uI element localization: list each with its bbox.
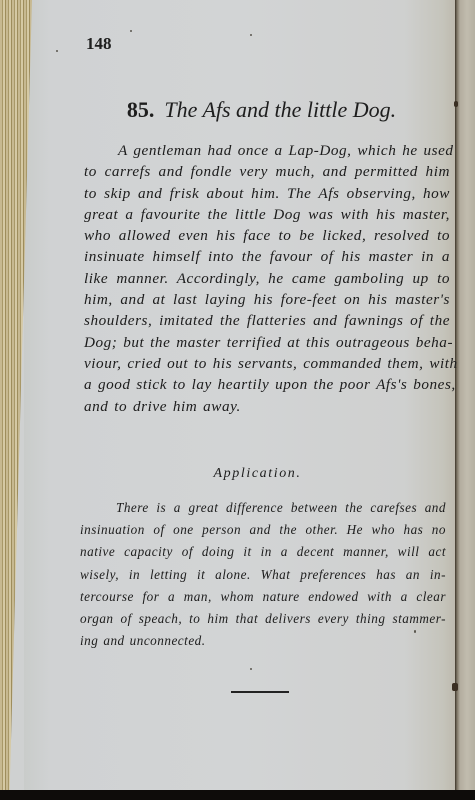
story-line: to carrefs and fondle very much, and per… xyxy=(84,161,450,182)
story-line: Dog; but the master terrified at this ou… xyxy=(84,332,450,353)
fable-number: 85. xyxy=(127,97,155,122)
stain-mark xyxy=(452,683,458,691)
story-line: him, and at last laying his fore-feet on… xyxy=(84,289,450,310)
application-line: ing and unconnected. xyxy=(80,630,446,652)
story-line: great a favourite the little Dog was wit… xyxy=(84,204,450,225)
section-divider-rule xyxy=(231,691,289,693)
story-line: viour, cried out to his servants, comman… xyxy=(84,353,450,374)
application-line: tercourse for a man, whom nature endowed… xyxy=(80,586,446,608)
fable-story: A gentleman had once a Lap-Dog, which he… xyxy=(84,140,450,417)
story-line: shoulders, imitated the flatteries and f… xyxy=(84,310,450,331)
story-line: insinuate himself into the favour of his… xyxy=(84,246,450,267)
story-line: a good stick to lay heartily upon the po… xyxy=(84,374,450,395)
application-line: insinuation of one person and the other.… xyxy=(80,519,446,541)
page-number: 148 xyxy=(86,34,112,54)
story-line: like manner. Accordingly, he came gambol… xyxy=(84,268,450,289)
application-text: There is a great difference between the … xyxy=(80,497,446,652)
application-line: There is a great difference between the … xyxy=(80,497,446,519)
fable-title: 85.The Afs and the little Dog. xyxy=(0,97,475,123)
application-heading: Application. xyxy=(0,466,475,482)
story-line: and to drive him away. xyxy=(84,396,450,417)
application-line: organ of speach, to him that delivers ev… xyxy=(80,608,446,630)
story-line: to skip and frisk about him. The Afs obs… xyxy=(84,183,450,204)
paper-speck xyxy=(56,50,58,52)
story-line: who allowed even his face to be licked, … xyxy=(84,225,450,246)
paper-speck xyxy=(130,30,132,32)
paper-speck xyxy=(250,668,252,670)
story-line: A gentleman had once a Lap-Dog, which he… xyxy=(84,140,450,161)
fable-title-text: The Afs and the little Dog. xyxy=(164,97,396,122)
application-line: wisely, in letting it alone. What prefer… xyxy=(80,564,446,586)
paper-speck xyxy=(250,34,252,36)
application-line: native capacity of doing it in a decent … xyxy=(80,541,446,563)
scanned-book-page: 148 85.The Afs and the little Dog. A gen… xyxy=(0,0,475,790)
